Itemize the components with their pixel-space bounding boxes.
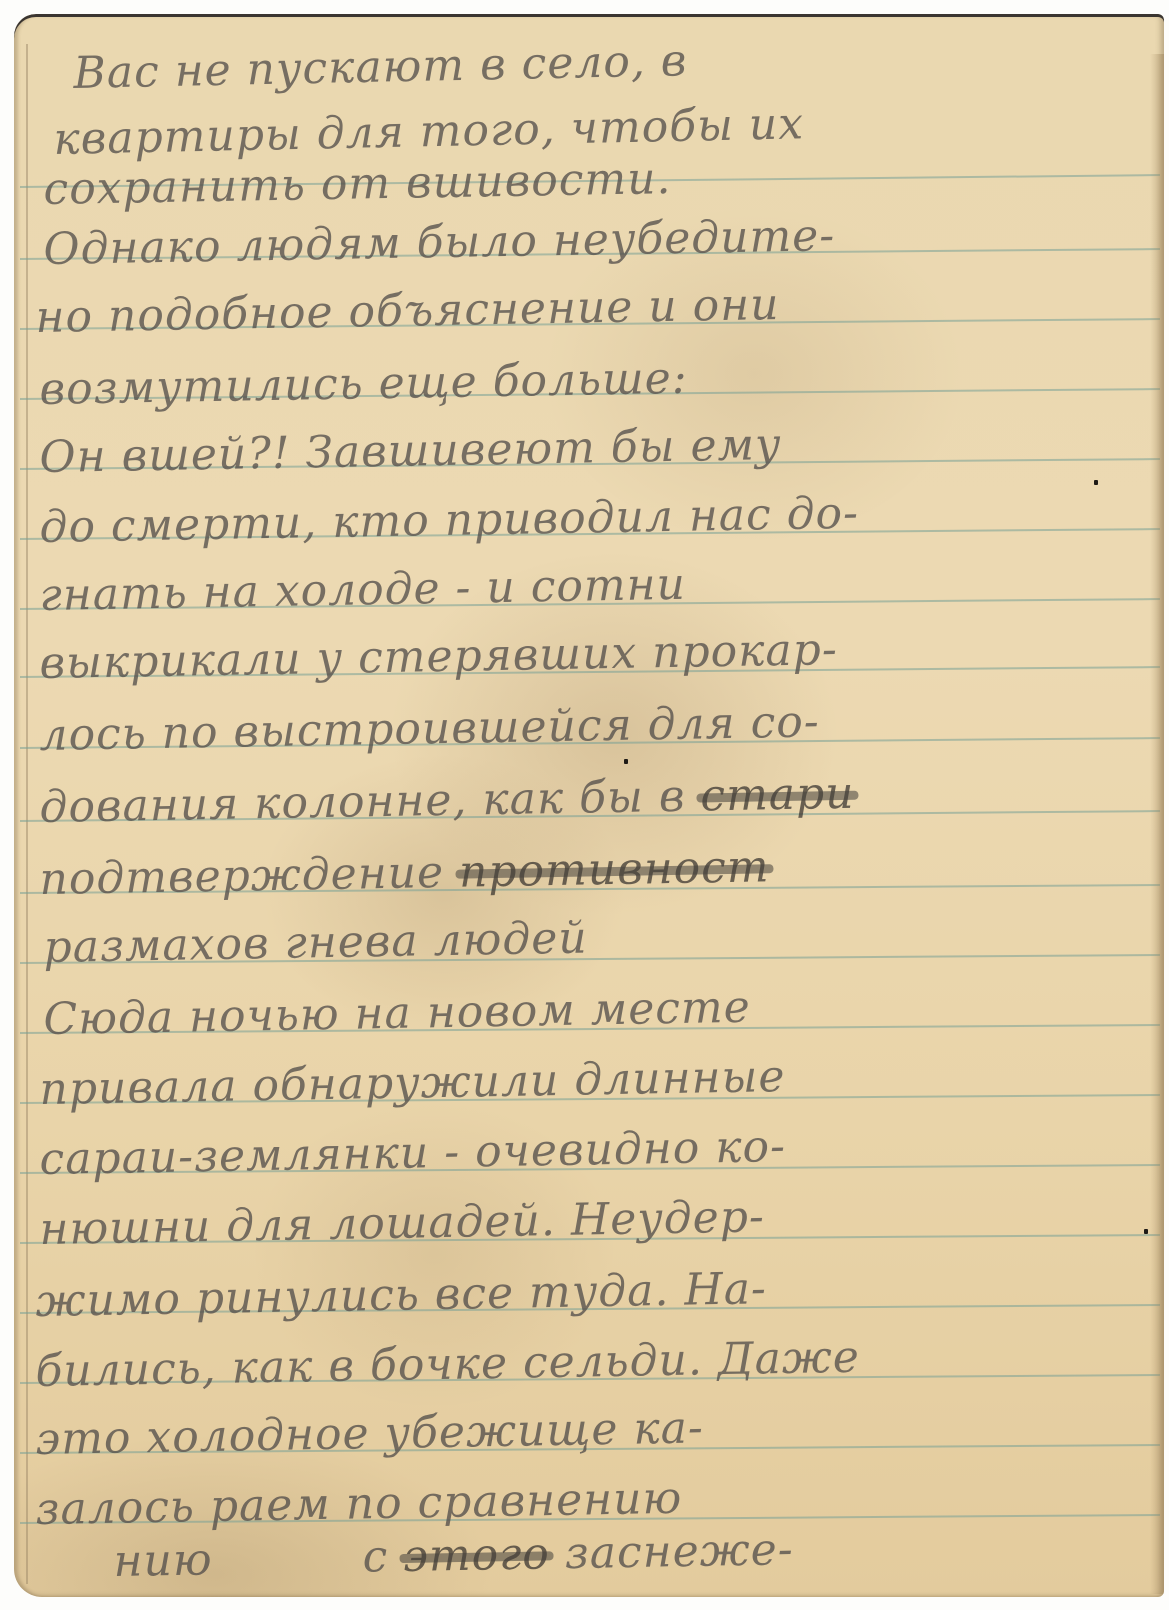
handwritten-line: до смерти, кто приводил нас до- (39, 488, 859, 553)
scanned-document: Вас не пускают в село, в квартиры для то… (0, 0, 1169, 1610)
handwritten-line: но подобное объяснение и они (35, 279, 780, 343)
handwritten-line: гнать на холоде - и сотни (39, 559, 686, 621)
handwritten-line: бились, как в бочке сельди. Даже (35, 1332, 860, 1397)
paper-speck (624, 759, 628, 764)
struck-out-word: этого (403, 1528, 550, 1582)
handwritten-line: Вас не пускают в село, в (73, 35, 688, 99)
paper-speck (1094, 480, 1098, 485)
page-edge-margin (26, 44, 28, 1584)
handwritten-line: размахов гнева людей (43, 913, 588, 973)
handwritten-line: Он вшей?! Завшивеют бы ему (39, 419, 782, 483)
handwritten-line: сараи-землянки - очевидно ко- (39, 1121, 786, 1185)
handwritten-line: привала обнаружили длинные (39, 1051, 786, 1115)
handwritten-line: лось по выстроившейся для со- (39, 696, 820, 761)
struck-out-word: противност (459, 841, 770, 897)
handwritten-line: подтверждение противност (39, 841, 770, 905)
handwritten-line: сохранить от вшивости. (43, 153, 672, 215)
handwritten-line: нию с этого заснеже- (113, 1524, 794, 1587)
line-text: лось по выстроившейся для со- (39, 696, 820, 761)
line-text: нию (113, 1534, 213, 1587)
handwritten-line: это холодное убежище ка- (35, 1402, 704, 1465)
handwritten-line: дования колонне, как бы в стари (39, 768, 855, 833)
handwritten-line: выкрикали у стерявших прокар- (39, 624, 838, 689)
line-text: дования колонне, как бы в (39, 771, 686, 833)
handwritten-line: квартиры для того, чтобы их (53, 98, 805, 165)
line-text: подтверждение (39, 847, 444, 905)
notebook-page: Вас не пускают в село, в квартиры для то… (14, 14, 1164, 1597)
line-text: с (362, 1531, 389, 1582)
handwritten-line: Однако людям было неубедите- (43, 210, 835, 275)
handwritten-line: жимо ринулись все туда. На- (35, 1263, 767, 1327)
struck-out-word: стари (700, 768, 855, 822)
handwritten-line: залось раем по сравнению (35, 1473, 683, 1535)
paper-speck (1144, 1229, 1148, 1234)
line-text: заснеже- (564, 1524, 794, 1579)
handwritten-line: Сюда ночью на новом месте (43, 982, 751, 1045)
handwritten-line: возмутились еще больше: (39, 353, 688, 415)
handwritten-line: нюшни для лошадей. Неудер- (39, 1191, 765, 1255)
